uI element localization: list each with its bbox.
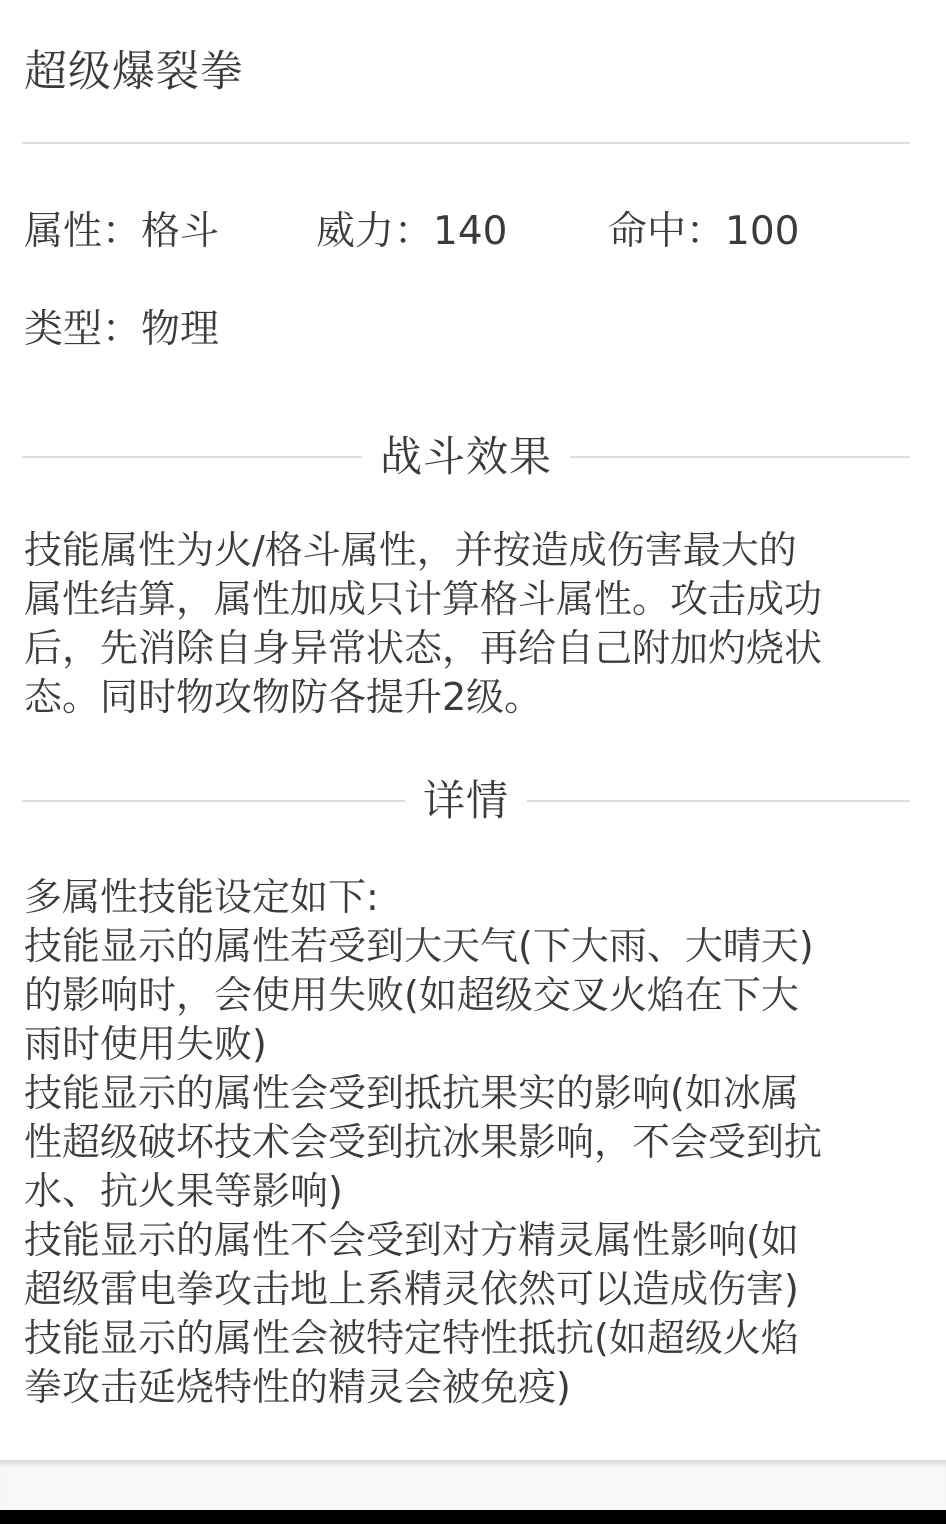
battle-effect-header: 战斗效果: [22, 429, 910, 485]
title-divider: [22, 142, 910, 144]
details-header: 详情: [22, 773, 910, 829]
system-nav-bar: [0, 1510, 946, 1524]
header-line-left: [22, 456, 362, 458]
details-line: 技能显示的属性会受到抵抗果实的影响(如冰属: [24, 1069, 914, 1118]
skill-name-title: 超级爆裂拳: [24, 44, 244, 100]
battle-effect-line: 技能属性为火/格斗属性，并按造成伤害最大的: [24, 526, 914, 575]
accuracy-stat: 命中：100: [608, 207, 799, 257]
accuracy-value: 100: [725, 209, 799, 254]
details-line: 技能显示的属性若受到大天气(下大雨、大晴天): [24, 922, 914, 971]
header-line-left: [22, 800, 405, 802]
details-line: 技能显示的属性会被特定特性抵抗(如超级火焰: [24, 1314, 914, 1363]
details-line: 技能显示的属性不会受到对方精灵属性影响(如: [24, 1216, 914, 1265]
battle-effect-line: 属性结算，属性加成只计算格斗属性。攻击成功: [24, 575, 914, 624]
details-line: 雨时使用失败): [24, 1020, 914, 1069]
header-line-right: [570, 456, 910, 458]
details-text: 多属性技能设定如下: 技能显示的属性若受到大天气(下大雨、大晴天) 的影响时，会…: [24, 873, 914, 1412]
battle-effect-line: 态。同时物攻物防各提升2级。: [24, 673, 914, 722]
bottom-panel: [0, 1460, 946, 1511]
attribute-stat: 属性：格斗: [24, 207, 219, 257]
type-value: 物理: [141, 307, 219, 352]
power-stat: 威力：140: [316, 207, 507, 257]
attribute-label: 属性：: [24, 209, 141, 254]
details-line: 拳攻击延烧特性的精灵会被免疫): [24, 1363, 914, 1412]
battle-effect-text: 技能属性为火/格斗属性，并按造成伤害最大的 属性结算，属性加成只计算格斗属性。攻…: [24, 526, 914, 722]
attribute-value: 格斗: [141, 209, 219, 254]
details-title: 详情: [405, 773, 527, 829]
details-line: 的影响时，会使用失败(如超级交叉火焰在下大: [24, 971, 914, 1020]
accuracy-label: 命中：: [608, 209, 725, 254]
details-line: 多属性技能设定如下:: [24, 873, 914, 922]
skill-detail-page: 超级爆裂拳 属性：格斗 威力：140 命中：100 类型：物理 战斗效果 技能属…: [0, 0, 946, 1460]
type-stat: 类型：物理: [24, 305, 219, 355]
header-line-right: [527, 800, 910, 802]
details-line: 性超级破坏技术会受到抗冰果影响，不会受到抗: [24, 1118, 914, 1167]
type-label: 类型：: [24, 307, 141, 352]
details-line: 超级雷电拳攻击地上系精灵依然可以造成伤害): [24, 1265, 914, 1314]
power-label: 威力：: [316, 209, 433, 254]
details-line: 水、抗火果等影响): [24, 1167, 914, 1216]
battle-effect-title: 战斗效果: [362, 429, 570, 485]
battle-effect-line: 后，先消除自身异常状态，再给自己附加灼烧状: [24, 624, 914, 673]
power-value: 140: [433, 209, 507, 254]
